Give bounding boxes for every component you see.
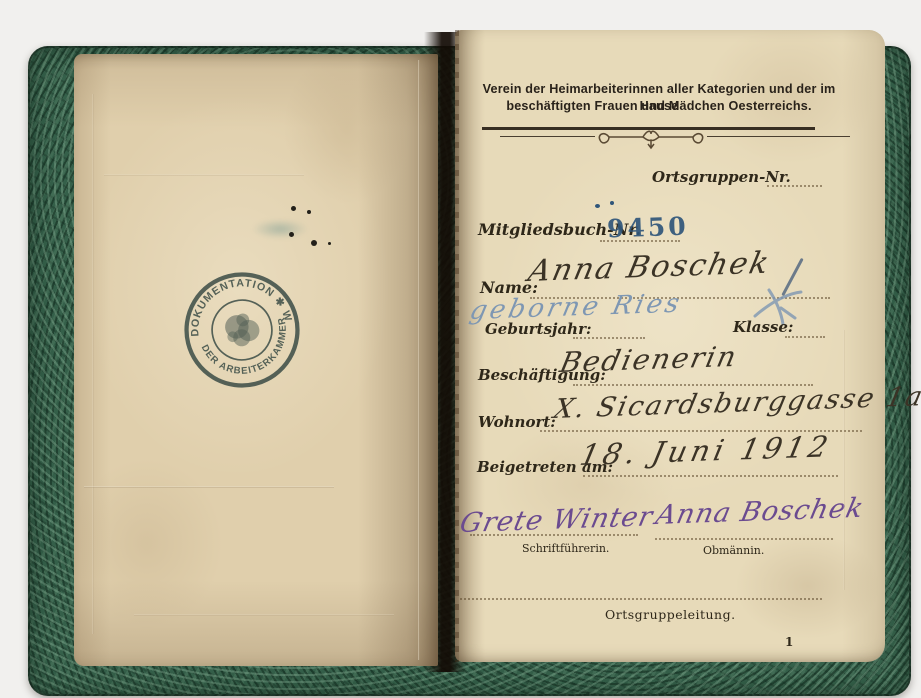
ortsgruppeleitung-label: Ortsgruppeleitung.	[605, 607, 736, 622]
klasse-label: Klasse:	[733, 318, 793, 336]
klasse-line	[785, 335, 825, 338]
ink-speck	[311, 240, 317, 246]
geburtsjahr-line	[573, 336, 645, 339]
ink-speck	[291, 206, 296, 211]
stamp-center-emblem	[223, 310, 263, 349]
ortsgruppen-nr-line	[767, 184, 822, 187]
paper-crease	[843, 330, 845, 590]
paper-crease	[84, 486, 334, 488]
right-page-form: Verein der Heimarbeiterinnen aller Kateg…	[455, 30, 885, 662]
paper-crease	[104, 174, 304, 176]
obmaennin-title: Obmännin.	[703, 544, 764, 557]
paper-crease	[134, 614, 394, 616]
beigetreten-handwritten: 18. Juni 1912	[577, 429, 835, 472]
paper-crease	[92, 94, 94, 634]
ink-smudge	[252, 219, 308, 239]
beschaeftigung-handwritten: Bedienerin	[557, 340, 741, 379]
ink-speck	[289, 232, 294, 237]
header-ornament	[595, 128, 707, 158]
page-number: 1	[785, 635, 793, 649]
signature-obmaennin: Anna Boschek	[653, 493, 867, 531]
footer-line	[460, 597, 822, 600]
beigetreten-line	[583, 474, 838, 477]
ink-speck	[610, 201, 614, 205]
left-page-blank: DOKUMENTATION ✱ WIEN DER ARBEITERKAMMER …	[74, 54, 438, 666]
signature-right-line	[655, 537, 833, 540]
name-handwritten: Anna Boschek	[525, 246, 774, 289]
paper-crease	[418, 60, 420, 660]
archive-round-stamp: DOKUMENTATION ✱ WIEN DER ARBEITERKAMMER …	[164, 252, 319, 407]
membership-number-stamp: 9450	[607, 212, 690, 244]
photo-of-open-membership-book: DOKUMENTATION ✱ WIEN DER ARBEITERKAMMER …	[0, 0, 921, 698]
ink-speck	[307, 210, 311, 214]
ink-speck	[595, 204, 600, 208]
association-header-line2: beschäftigten Frauen und Mädchen Oesterr…	[469, 97, 849, 114]
wohnort-handwritten: X. Sicardsburggasse 1a	[551, 381, 921, 425]
ink-speck	[328, 242, 331, 245]
schriftfuehrerin-title: Schriftführerin.	[522, 542, 609, 555]
